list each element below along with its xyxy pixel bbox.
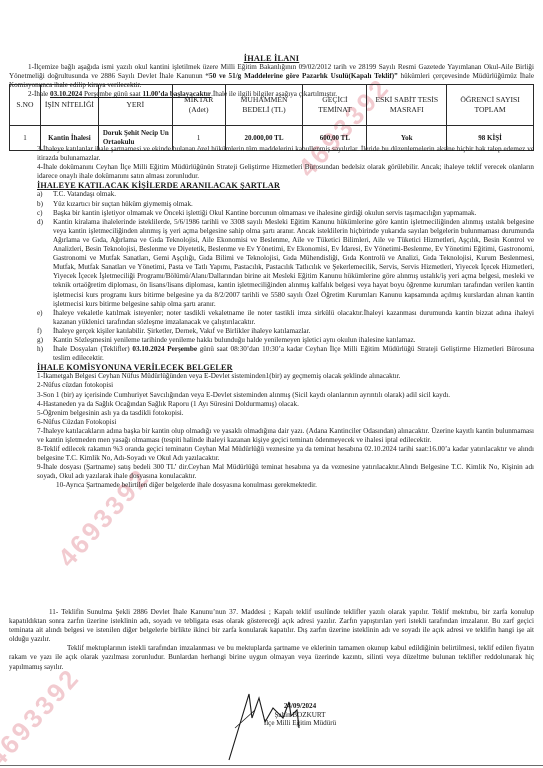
- col-header: ÖĞRENCİ SAYISI TOPLAM: [447, 85, 534, 126]
- signatory-title: İlçe Milli Eğitim Müdürü: [240, 719, 360, 728]
- col-header: S.NO: [10, 85, 41, 126]
- conditions-list: a)T.C. Vatandaşı olmak. b)Yüz kızartıcı …: [37, 190, 534, 363]
- closing-section: 11- Teklifin Sunulma Şekli 2886 Devlet İ…: [9, 608, 534, 672]
- list-item: 3-Son 1 (bir) ay içerisinde Cumhuriyet S…: [37, 391, 534, 400]
- item-11: 11- Teklifin Sunulma Şekli 2886 Devlet İ…: [9, 608, 534, 644]
- col-header: MİKTAR (Adet): [172, 85, 225, 126]
- list-item: c)Başka bir kantin işletiyor olmamak ve …: [37, 209, 534, 218]
- watermark: 4693392: [0, 669, 79, 766]
- list-item: d)Kantin kiralama ihalelerinde isteklile…: [37, 218, 534, 309]
- bottom-divider: [0, 765, 543, 766]
- list-item: a)T.C. Vatandaşı olmak.: [37, 190, 534, 199]
- conditions-heading: İHALEYE KATILACAK KİŞİLERDE ARANILACAK Ş…: [37, 181, 534, 190]
- document-page: 4693392 4693392 4693392 İHALE İLANI 1-İl…: [0, 0, 543, 768]
- cell-sno: 1: [10, 126, 41, 151]
- list-item: 6-Nüfus Cüzdan Fotokopisi: [37, 418, 534, 427]
- list-item: f)İhaleye gerçek kişiler katılabilir. Şi…: [37, 327, 534, 336]
- table-header-row: S.NO İŞİN NİTELİĞİ YERİ MİKTAR (Adet) MU…: [10, 85, 534, 126]
- documents-list: 1-İkametgah Belgesi Ceyhan Nüfus Müdürlü…: [37, 372, 534, 490]
- signature-block: 24/09/2024 Şahin BOZKURT İlçe Milli Eğit…: [240, 702, 360, 728]
- paragraph-4: 4-İhale dokümanını Ceyhan İlçe Milli Eği…: [37, 163, 534, 181]
- col-header: İŞİN NİTELİĞİ: [40, 85, 98, 126]
- list-item: g)Kantin Sözleşmesini yenileme tarihinde…: [37, 336, 534, 345]
- list-item: 7-İhaleye katılacakların adına başka bir…: [37, 427, 534, 445]
- closing-paragraph: Teklif mektuplarının istekli tarafından …: [9, 644, 534, 671]
- list-item: 1-İkametgah Belgesi Ceyhan Nüfus Müdürlü…: [37, 372, 534, 381]
- list-item: b)Yüz kızartıcı bir suçtan hüküm giymemi…: [37, 200, 534, 209]
- list-item: 4-Hastaneden ya da Sağlık Ocağından Sağl…: [37, 400, 534, 409]
- page-title: İHALE İLANI: [0, 54, 543, 63]
- list-item: 9-İhale dosyası (Şartname) satış bedeli …: [37, 463, 534, 481]
- paragraph-3: 3-İhaleye katılanlar ihale şartnamesi ve…: [37, 145, 534, 163]
- signatory-name: Şahin BOZKURT: [240, 711, 360, 720]
- signature-date: 24/09/2024: [240, 702, 360, 711]
- documents-heading: İHALE KOMİSYONUNA VERİLECEK BELGELER: [37, 363, 534, 372]
- col-header: YERİ: [98, 85, 172, 126]
- list-item: 5-Öğrenim belgesinin aslı ya da tasdikli…: [37, 409, 534, 418]
- list-item: 2-Nüfus cüzdan fotokopisi: [37, 381, 534, 390]
- body: 3-İhaleye katılanlar ihale şartnamesi ve…: [37, 145, 534, 491]
- col-header: ESKİ SABİT TESİS MASRAFI: [367, 85, 447, 126]
- tender-table: S.NO İŞİN NİTELİĞİ YERİ MİKTAR (Adet) MU…: [9, 84, 534, 151]
- list-item: e)İhaleye vekaletle katılmak isteyenler;…: [37, 309, 534, 327]
- col-header: MUHAMMEN BEDELİ (TL): [225, 85, 303, 126]
- list-item: 8-Teklif edilecek rakamın %3 oranda geçi…: [37, 445, 534, 463]
- list-item: h)İhale Dosyaları (Teklifler) 03.10.2024…: [37, 345, 534, 363]
- list-item: 10-Ayrıca Şartnamede belirtilen diğer be…: [37, 481, 534, 490]
- col-header: GEÇİCİ TEMİNAT: [303, 85, 367, 126]
